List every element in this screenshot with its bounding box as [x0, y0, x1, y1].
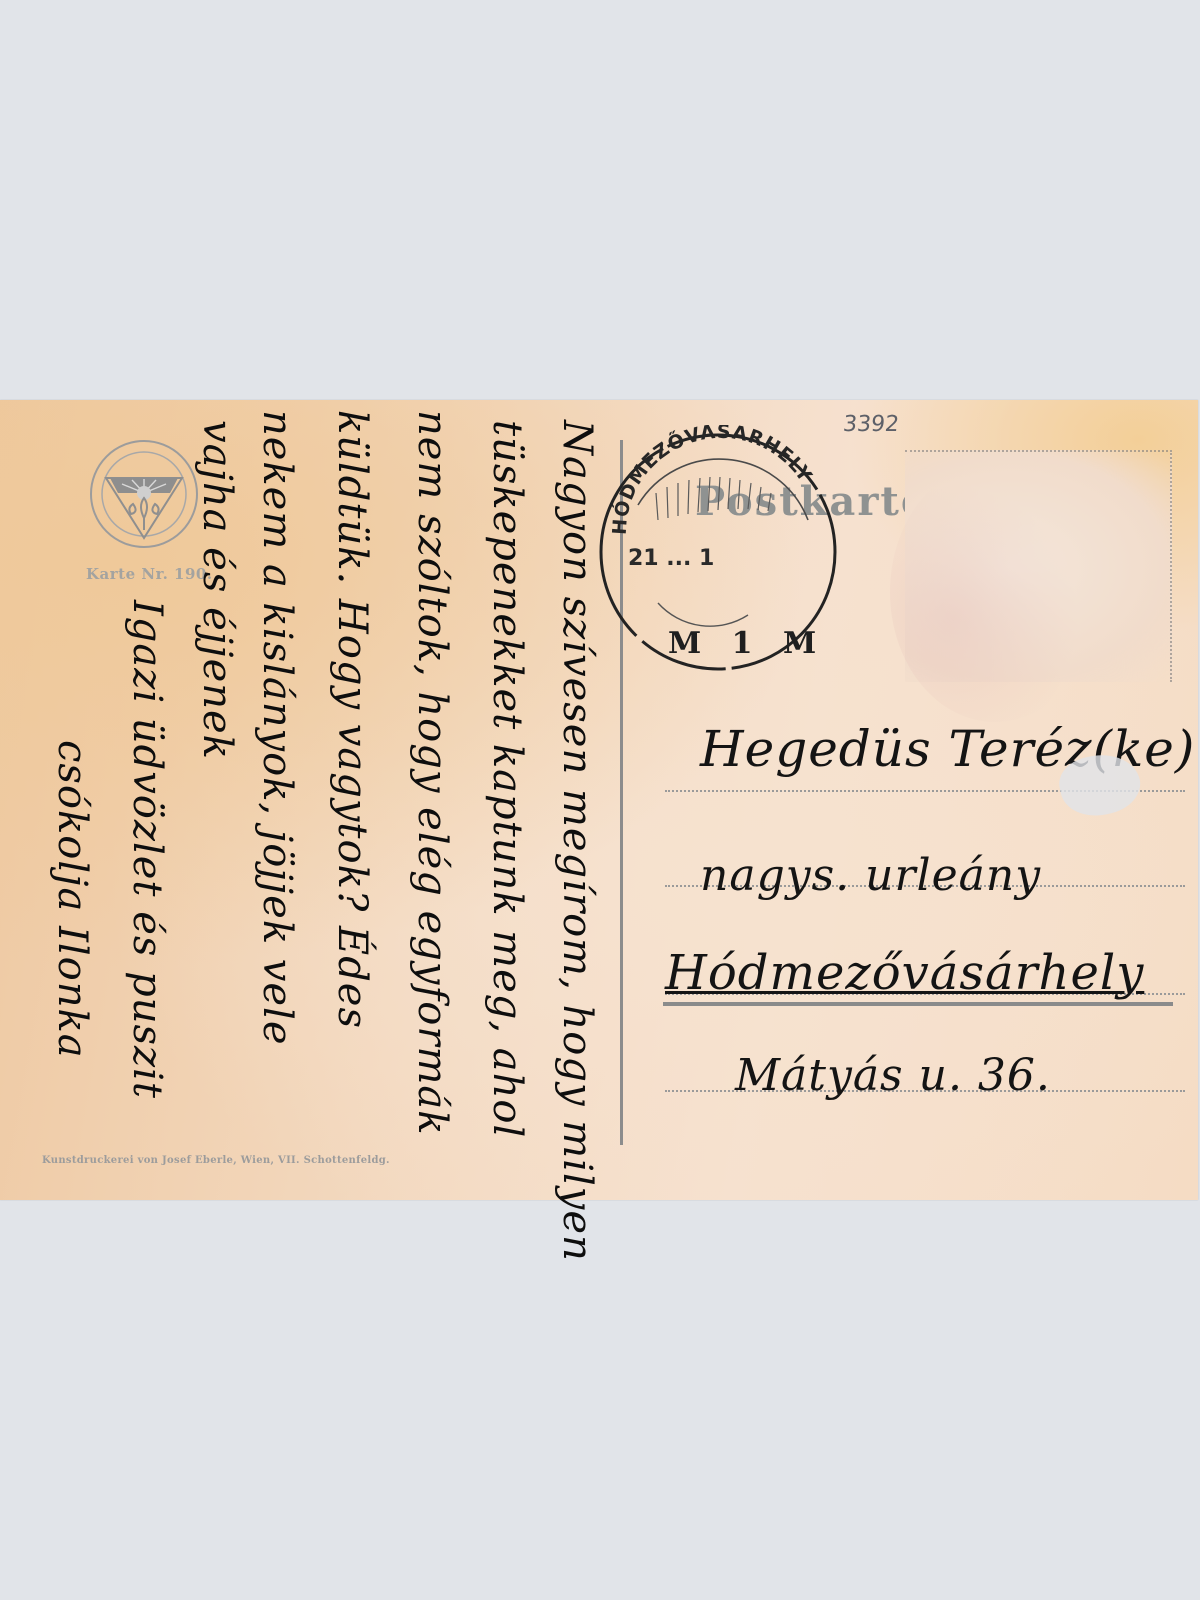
message-line-2: tüskepenekket kaptunk meg, ahol	[484, 420, 530, 1138]
address-rule-3-bold	[663, 1002, 1173, 1006]
sunburst-oakleaf-emblem-icon	[88, 438, 200, 550]
message-line-4: küldtük. Hogy vagytok? Édes	[329, 410, 375, 1029]
printer-credit: Kunstdruckerei von Josef Eberle, Wien, V…	[42, 1155, 390, 1166]
message-line-8: csókolja Ilonka	[49, 740, 95, 1059]
postmark: HÓDMEZŐVÁSÁRHELY 21 ... 1 M 1 M	[598, 425, 848, 675]
pencil-reference-number: 3392	[842, 412, 901, 437]
address-title: nagys. urleány	[700, 850, 1041, 901]
message-line-3: nem szóltok, hogy elég egyformák	[409, 410, 455, 1136]
address-street: Mátyás u. 36.	[735, 1050, 1051, 1101]
message-line-5: nekem a kislányok, jöjjek vele	[254, 410, 300, 1046]
postcard-back: Karte Nr. 190. Postkarte HÓDMEZŐVÁSÁRHEL…	[0, 400, 1198, 1200]
postmark-date: 21 ... 1	[628, 546, 714, 571]
address-city: Hódmezővásárhely	[665, 945, 1144, 1001]
svg-text:HÓDMEZŐVÁSÁRHELY: HÓDMEZŐVÁSÁRHELY	[608, 425, 816, 535]
removed-stamp-residue	[890, 462, 1100, 722]
message-line-6: vajha és éjjenek	[194, 420, 240, 760]
publisher-logo	[88, 438, 200, 550]
circular-postmark-icon: HÓDMEZŐVÁSÁRHELY 21 ... 1 M 1 M	[598, 425, 848, 675]
message-line-1: Nagyon szívesen megírom, hogy milyen	[554, 420, 600, 1262]
postmark-bottom-text: M 1 M	[668, 626, 826, 661]
stamp-area	[905, 450, 1172, 682]
message-line-7: Igazi üdvözlet és puszit	[124, 600, 170, 1099]
postmark-town: HÓDMEZŐVÁSÁRHELY	[608, 425, 816, 535]
